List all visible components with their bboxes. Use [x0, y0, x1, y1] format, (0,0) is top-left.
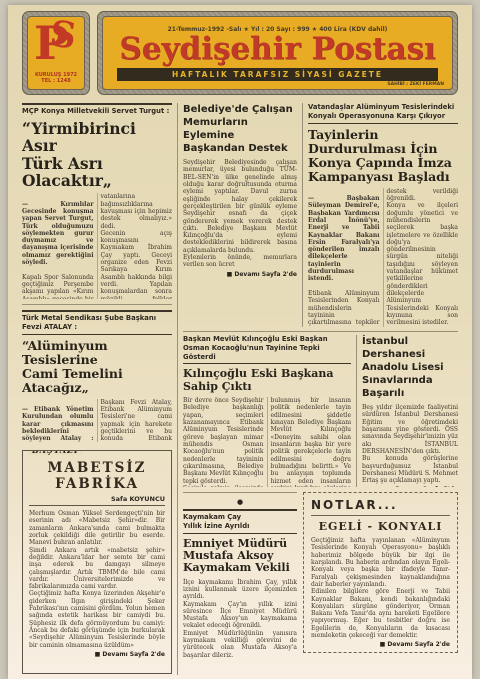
article-turgut: MÇP Konya Milletvekili Servet Turgut : “… [22, 103, 172, 299]
screenshot-canvas: P S KURULUŞ 1972 TEL : 1248 21-Temmuz-19… [0, 0, 480, 679]
basyazi-box: BAŞYAZI MABETSİZ FABRİKA Safa KOYUNCU Me… [22, 450, 172, 674]
article-dershane-headline: İstanbul Dershanesi Anadolu Lisesi Sınav… [362, 335, 458, 400]
tagline-bar: HAFTALIK TARAFSIZ SİYASİ GAZETE [117, 68, 438, 81]
notlar-headline: EGELİ - KONYALI [311, 520, 450, 533]
front-page-body: MÇP Konya Milletvekili Servet Turgut : “… [22, 103, 458, 675]
logo-box: P S KURULUŞ 1972 TEL : 1248 [22, 11, 90, 95]
vertical-rule [302, 103, 303, 327]
article-belediye-body: Seydişehir Belediyesinde çalışan memurla… [183, 159, 297, 269]
article-atalay-body: — Etibank Yönetim Kurulundan olumlu kara… [22, 399, 172, 442]
article-turgut-headline: “Yirmibirinci Asır Türk Asrı Olacaktır„ [22, 120, 172, 189]
article-tayinler-kicker: Vatandaşlar Alüminyum Tesislerindeki Kon… [308, 103, 458, 124]
basyazi-continuation: ■ Devamı Sayfa 2'de [29, 651, 165, 658]
article-dershane-body: Beş yıldır ilçemizde faaliyetini sürdüre… [362, 404, 458, 484]
newspaper-title: Seydişehir Postası [119, 34, 435, 65]
article-belediye-headline: Belediye'de Çalışan Memurların Eylemine … [183, 103, 297, 155]
article-kilincoglu-kicker: Başkan Mevlüt Kılınçoğlu Eski Başkan Osm… [183, 335, 351, 364]
dot-separator: ● [183, 498, 297, 506]
title-inner: 21-Temmuz-1992 -Salı ★ Yıl : 20 Sayı : 9… [102, 16, 453, 90]
basyazi-byline: Safa KOYUNCU [29, 495, 165, 506]
article-emniyet-headline: Emniyet Müdürü Mustafa Aksoy Kaymakam Ve… [183, 538, 297, 575]
article-kilincoglu: Başkan Mevlüt Kılınçoğlu Eski Başkan Osm… [183, 335, 351, 487]
vertical-rule [356, 335, 357, 487]
article-tayinler-headline: Tayinlerin Durdurulması İçin Konya Çapın… [308, 128, 458, 184]
article-kilincoglu-headline: Kılınçoğlu Eski Başkana Sahip Çıktı [183, 368, 351, 393]
notlar-continuation: ■ Devamı Sayfa 2'de [311, 641, 450, 648]
article-emniyet-body: İlçe kaymakamı İbrahim Çay, yıllık iznin… [183, 579, 297, 659]
ps-monogram-icon: P S [34, 22, 78, 68]
logo-inner: P S KURULUŞ 1972 TEL : 1248 [27, 16, 85, 90]
basyazi-label: BAŞYAZI [28, 450, 83, 455]
band-top: Belediye'de Çalışan Memurların Eylemine … [183, 103, 458, 327]
band-bottom: ● Kaymakam Çay Yıllık İzine Ayrıldı Emni… [183, 492, 458, 675]
vertical-rule [177, 103, 178, 675]
article-atalay-kicker: Türk Metal Sendikası Şube Başkanı Fevzi … [22, 310, 172, 335]
article-kilincoglu-body: Bir devre önce Seydişehir Belediye başka… [183, 397, 351, 487]
article-turgut-kicker: MÇP Konya Milletvekili Servet Turgut : [22, 103, 172, 116]
title-box: 21-Temmuz-1992 -Salı ★ Yıl : 20 Sayı : 9… [97, 11, 458, 95]
newspaper-page: P S KURULUŞ 1972 TEL : 1248 21-Temmuz-19… [8, 5, 472, 679]
owner-line: SAHİBİ : ZEKİ FERMAN [387, 82, 444, 87]
article-belediye: Belediye'de Çalışan Memurların Eylemine … [183, 103, 297, 327]
article-turgut-body: — Kırımlılar Gecesinde konuşma yapan Ser… [22, 193, 172, 299]
article-atalay-headline: “Alüminyum Tesislerine Cami Temelini Ata… [22, 339, 172, 395]
section-divider [22, 304, 172, 305]
article-emniyet: ● Kaymakam Çay Yıllık İzine Ayrıldı Emni… [183, 492, 297, 675]
article-tayinler-lead: — Başbakan Süleyman Demirel'e, Başbakan … [308, 195, 380, 283]
notlar-box: NOTLAR... EGELİ - KONYALI Geçtiğimiz haf… [303, 492, 458, 653]
article-atalay-lead: — Etibank Yönetim Kurulundan olumlu kara… [22, 406, 94, 442]
notlar-label: NOTLAR... [311, 498, 450, 516]
article-turgut-lead: — Kırımlılar Gecesinde konuşma yapan Ser… [22, 201, 94, 267]
masthead: P S KURULUŞ 1972 TEL : 1248 21-Temmuz-19… [22, 11, 458, 95]
article-emniyet-kicker: Kaymakam Çay Yıllık İzine Ayrıldı [183, 509, 297, 534]
logo-founded-line: KURULUŞ 1972 TEL : 1248 [35, 72, 77, 85]
basyazi-headline: MABETSİZ FABRİKA [29, 460, 165, 492]
article-tayinler: Vatandaşlar Alüminyum Tesislerindeki Kon… [308, 103, 458, 327]
monogram-letter-s: S [47, 12, 79, 57]
notlar-body: Geçtiğimiz hafta yayınlanan «Alüminyum T… [311, 537, 450, 639]
article-belediye-continuation: ■ Devamı Sayfa 2'de [183, 271, 297, 278]
columns-right: Belediye'de Çalışan Memurların Eylemine … [183, 103, 458, 675]
article-tayinler-body: — Başbakan Süleyman Demirel'e, Başbakan … [308, 188, 458, 327]
notlar-section: NOTLAR... EGELİ - KONYALI Geçtiğimiz haf… [303, 492, 458, 675]
basyazi-body: Merhum Osman Yüksel Serdengeçti'nin bir … [29, 510, 165, 649]
column-left: MÇP Konya Milletvekili Servet Turgut : “… [22, 103, 172, 675]
article-atalay: Türk Metal Sendikası Şube Başkanı Fevzi … [22, 310, 172, 442]
article-dershane-continuation: ■ Devamı Sayfa 5'de [362, 486, 458, 487]
article-dershane: İstanbul Dershanesi Anadolu Lisesi Sınav… [362, 335, 458, 487]
band-middle: Başkan Mevlüt Kılınçoğlu Eski Başkan Osm… [183, 331, 458, 487]
